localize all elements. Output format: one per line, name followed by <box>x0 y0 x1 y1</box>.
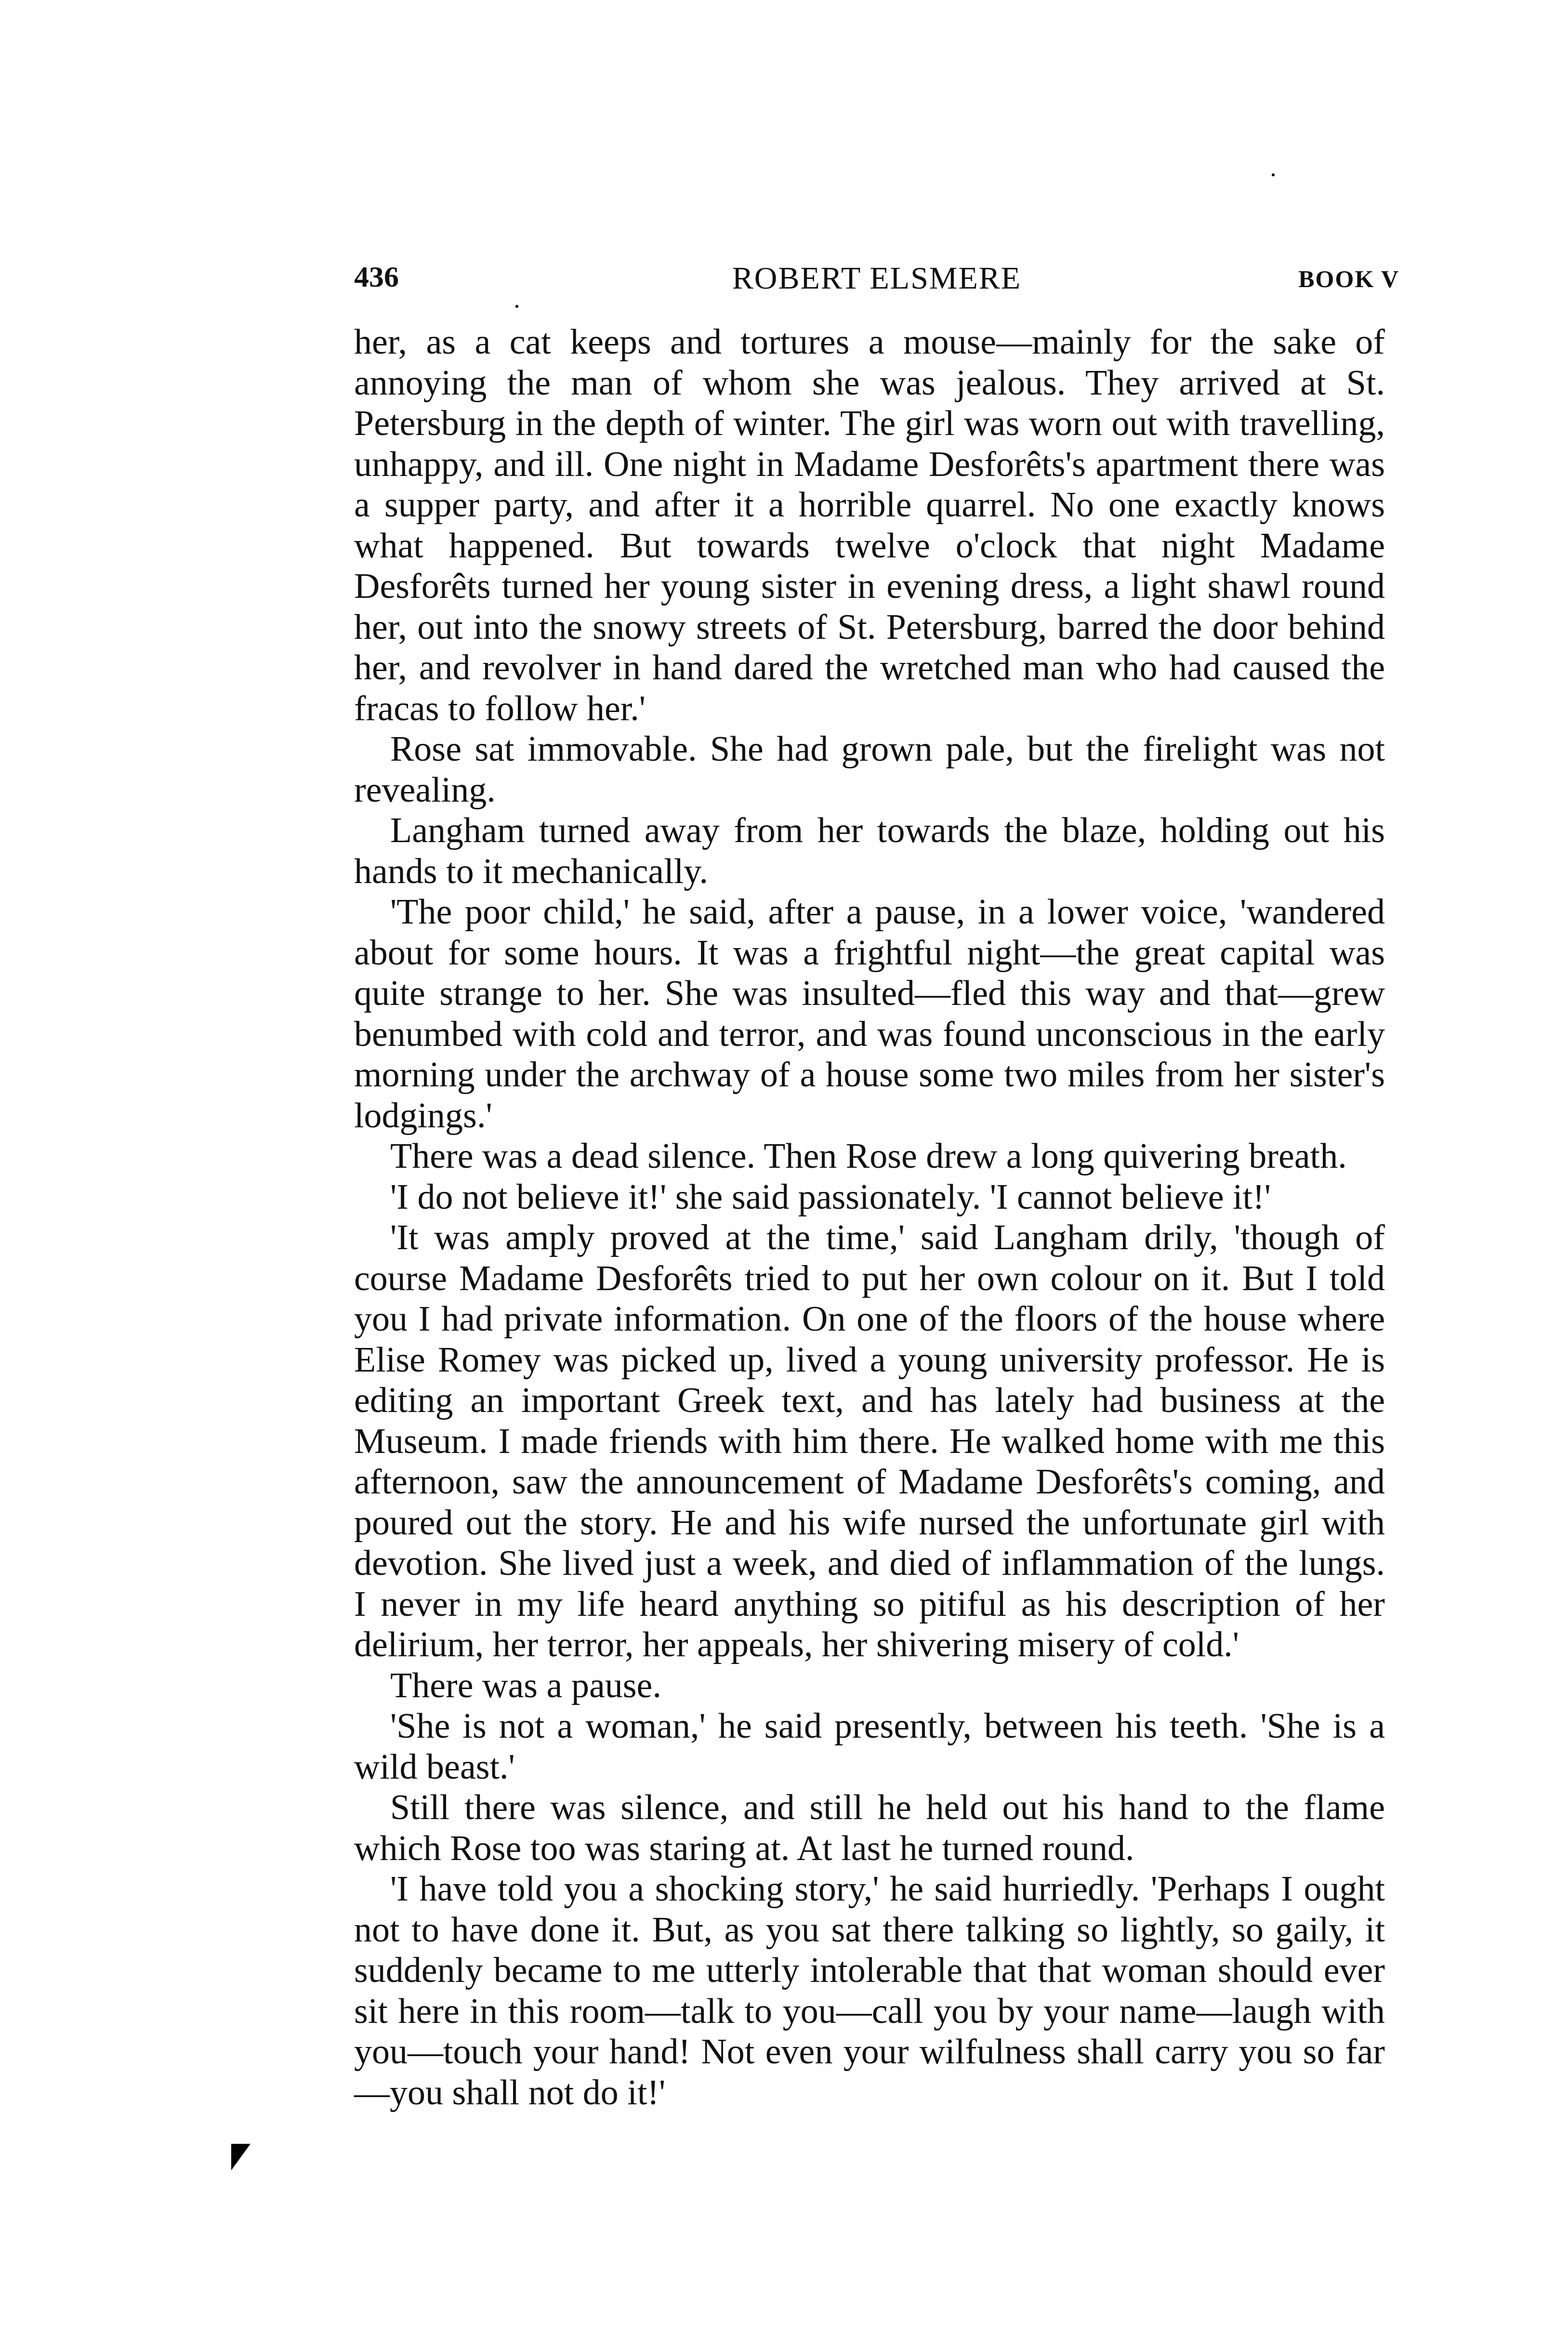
running-header: 436 ROBERT ELSMERE BOOK V <box>354 260 1399 308</box>
paragraph: Langham turned away from her towards the… <box>354 810 1385 892</box>
paragraph: 'She is not a woman,' he said presently,… <box>354 1706 1385 1787</box>
paragraph: 'The poor child,' he said, after a pause… <box>354 892 1385 1136</box>
speck-mark <box>1272 173 1275 176</box>
running-title: ROBERT ELSMERE <box>354 260 1399 297</box>
paragraph: her, as a cat keeps and tortures a mouse… <box>354 322 1385 729</box>
triangle-marker-icon <box>231 2144 250 2170</box>
paragraph: 'I do not believe it!' she said passiona… <box>354 1177 1385 1218</box>
body-text: her, as a cat keeps and tortures a mouse… <box>354 322 1385 2113</box>
paragraph: 'I have told you a shocking story,' he s… <box>354 1869 1385 2113</box>
paragraph: There was a pause. <box>354 1665 1385 1706</box>
paragraph: Rose sat immovable. She had grown pale, … <box>354 729 1385 810</box>
book-label: BOOK V <box>1298 265 1399 293</box>
speck-mark <box>515 305 518 308</box>
paragraph: Still there was silence, and still he he… <box>354 1787 1385 1869</box>
book-page: 436 ROBERT ELSMERE BOOK V her, as a cat … <box>0 0 1568 2350</box>
paragraph: There was a dead silence. Then Rose drew… <box>354 1136 1385 1177</box>
paragraph: 'It was amply proved at the time,' said … <box>354 1217 1385 1665</box>
